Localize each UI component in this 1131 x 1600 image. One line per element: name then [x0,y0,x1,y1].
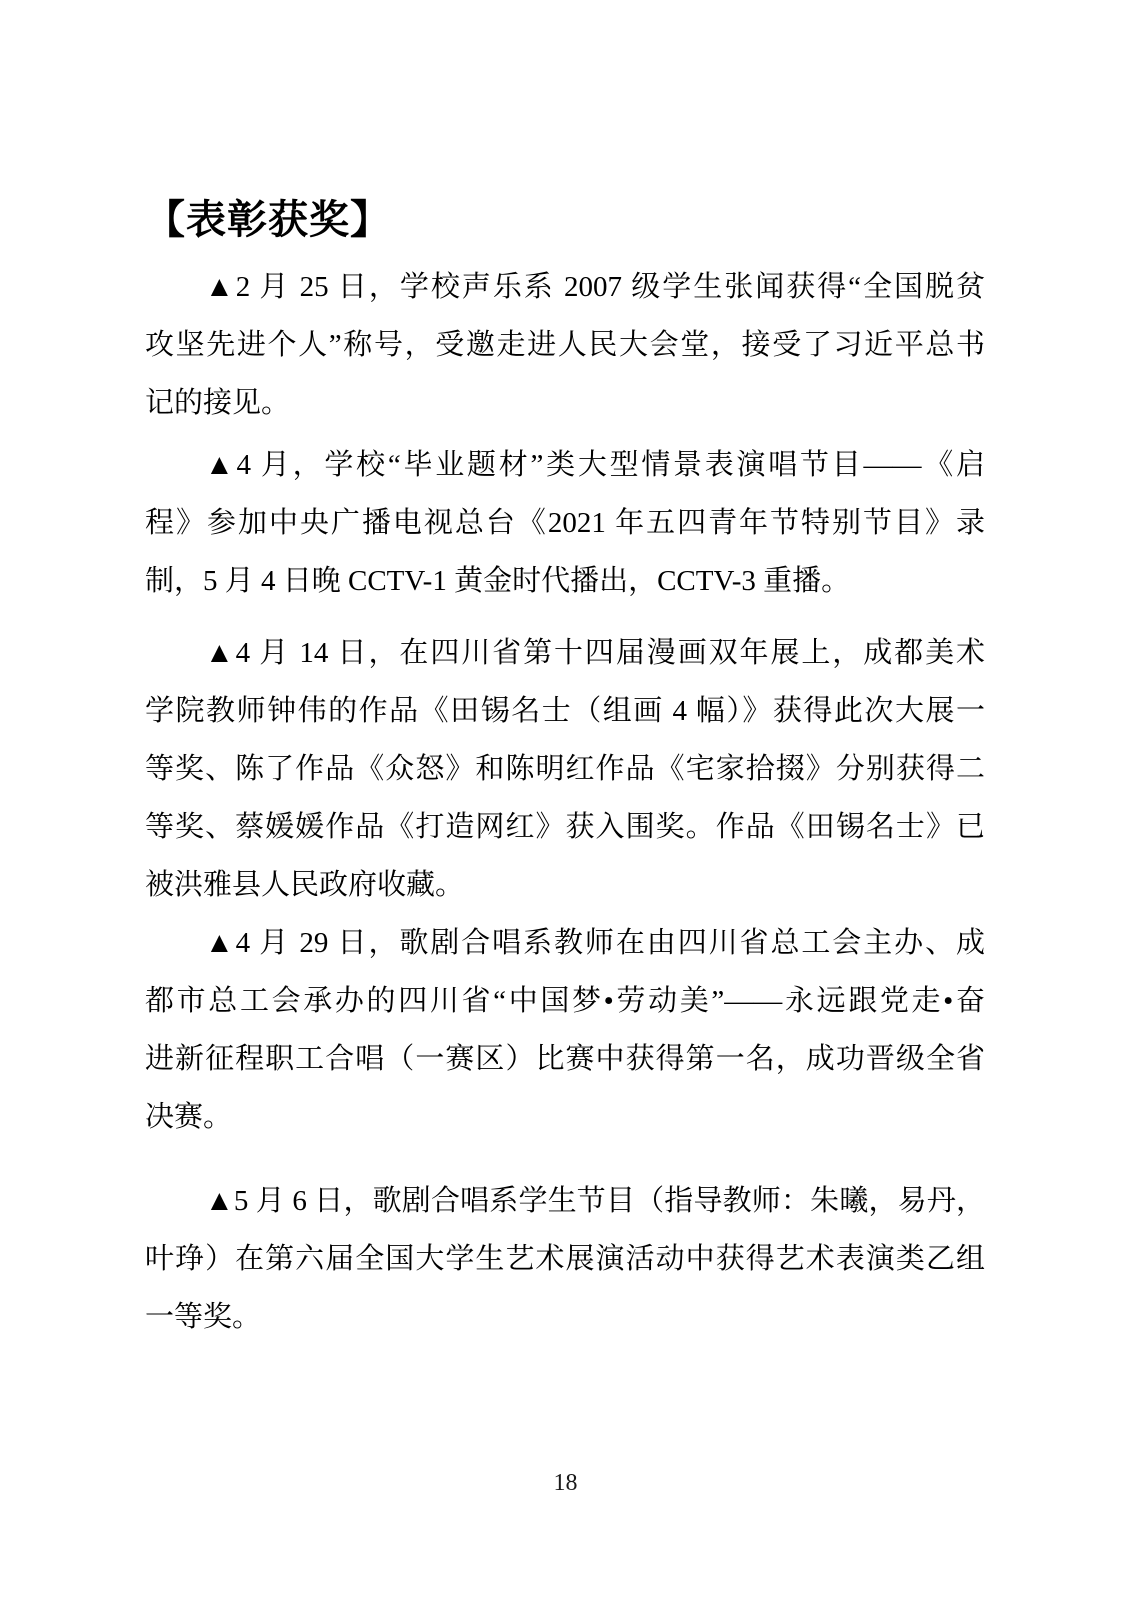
paragraph: ▲4 月 29 日，歌剧合唱系教师在由四川省总工会主办、成都市总工会承办的四川省… [145,914,985,1146]
paragraph: ▲2 月 25 日，学校声乐系 2007 级学生张闻获得“全国脱贫攻坚先进个人”… [145,258,985,432]
paragraph: ▲4 月 14 日，在四川省第十四届漫画双年展上，成都美术学院教师钟伟的作品《田… [145,624,985,914]
paragraph-line: 等奖、蔡媛媛作品《打造网红》获入围奖。作品《田锡名士》已 [145,798,985,856]
paragraph-line: ▲4 月 29 日，歌剧合唱系教师在由四川省总工会主办、成 [145,914,985,972]
paragraph-line: 等奖、陈了作品《众怒》和陈明红作品《宅家拾掇》分别获得二 [145,740,985,798]
paragraph-line: 制，5 月 4 日晚 CCTV-1 黄金时代播出，CCTV-3 重播。 [145,552,985,610]
section-heading: 【表彰获奖】 [145,196,985,244]
document-body: ▲2 月 25 日，学校声乐系 2007 级学生张闻获得“全国脱贫攻坚先进个人”… [145,258,985,1346]
document-page: 【表彰获奖】 ▲2 月 25 日，学校声乐系 2007 级学生张闻获得“全国脱贫… [0,0,1131,1600]
page-number: 18 [0,1470,1131,1496]
paragraph-line: 决赛。 [145,1088,985,1146]
paragraph-line: ▲2 月 25 日，学校声乐系 2007 级学生张闻获得“全国脱贫 [145,258,985,316]
paragraph-line: 一等奖。 [145,1288,985,1346]
paragraph-line: ▲5 月 6 日，歌剧合唱系学生节目（指导教师：朱曦，易丹， [145,1172,985,1230]
paragraph-line: 攻坚先进个人”称号，受邀走进人民大会堂，接受了习近平总书 [145,316,985,374]
paragraph-line: 程》参加中央广播电视总台《2021 年五四青年节特别节目》录 [145,494,985,552]
paragraph-line: 都市总工会承办的四川省“中国梦•劳动美”——永远跟党走•奋 [145,972,985,1030]
paragraph-line: 学院教师钟伟的作品《田锡名士（组画 4 幅）》获得此次大展一 [145,682,985,740]
paragraph-line: ▲4 月 14 日，在四川省第十四届漫画双年展上，成都美术 [145,624,985,682]
paragraph-line: 叶琤）在第六届全国大学生艺术展演活动中获得艺术表演类乙组 [145,1230,985,1288]
paragraph-line: ▲4 月，学校“毕业题材”类大型情景表演唱节目——《启 [145,436,985,494]
paragraph-line: 被洪雅县人民政府收藏。 [145,856,985,914]
paragraph-line: 记的接见。 [145,374,985,432]
paragraph-line: 进新征程职工合唱（一赛区）比赛中获得第一名，成功晋级全省 [145,1030,985,1088]
paragraph: ▲4 月，学校“毕业题材”类大型情景表演唱节目——《启程》参加中央广播电视总台《… [145,436,985,610]
paragraph: ▲5 月 6 日，歌剧合唱系学生节目（指导教师：朱曦，易丹，叶琤）在第六届全国大… [145,1172,985,1346]
